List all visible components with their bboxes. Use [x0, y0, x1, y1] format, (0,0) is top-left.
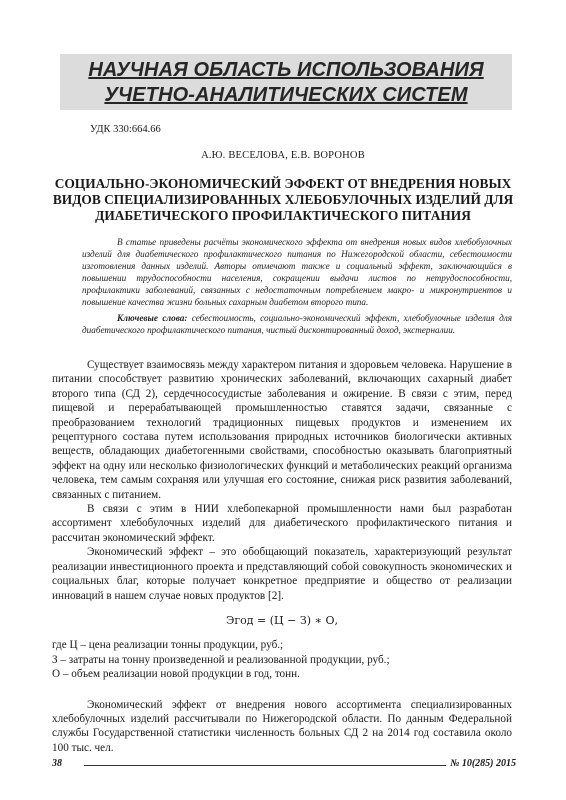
- paragraph-3: Экономический эффект – это обобщающий по…: [52, 545, 512, 603]
- definition-price: где Ц – цена реализации тонны продукции,…: [52, 638, 512, 652]
- definition-volume: О – объем реализации новой продукции в г…: [52, 667, 512, 681]
- footer-rule: [84, 765, 446, 766]
- paragraph-2: В связи с этим в НИИ хлебопекарной промы…: [52, 502, 512, 545]
- abstract: В статье приведены расчёты экономическог…: [82, 236, 512, 336]
- section-banner: НАУЧНАЯ ОБЛАСТЬ ИСПОЛЬЗОВАНИЯ УЧЕТНО-АНА…: [60, 54, 512, 110]
- formula-definitions: где Ц – цена реализации тонны продукции,…: [52, 638, 512, 681]
- paragraph-4: Экономический эффект от внедрения нового…: [52, 698, 512, 756]
- article-body: Существует взаимосвязь между характером …: [52, 358, 512, 755]
- keywords-label: Ключевые слова:: [117, 313, 187, 323]
- banner-line-2: УЧЕТНО-АНАЛИТИЧЕСКИХ СИСТЕМ: [60, 83, 512, 108]
- article-title: СОЦИАЛЬНО-ЭКОНОМИЧЕСКИЙ ЭФФЕКТ ОТ ВНЕДРЕ…: [52, 176, 514, 224]
- page-footer: 38 № 10(285) 2015: [52, 758, 516, 769]
- authors: А.Ю. ВЕСЕЛОВА, Е.В. ВОРОНОВ: [0, 150, 566, 161]
- definition-costs: З – затраты на тонну произведенной и реа…: [52, 653, 512, 667]
- issue-number: № 10(285) 2015: [450, 758, 516, 769]
- banner-line-1: НАУЧНАЯ ОБЛАСТЬ ИСПОЛЬЗОВАНИЯ: [60, 54, 512, 83]
- keywords: Ключевые слова: себестоимость, социально…: [82, 312, 512, 336]
- abstract-text: В статье приведены расчёты экономическог…: [82, 236, 512, 309]
- paragraph-1: Существует взаимосвязь между характером …: [52, 358, 512, 502]
- formula: Эгод = (Ц − З) ∗ О,: [52, 614, 512, 628]
- page-number: 38: [52, 758, 62, 769]
- udk-code: УДК 330:664.66: [90, 124, 161, 135]
